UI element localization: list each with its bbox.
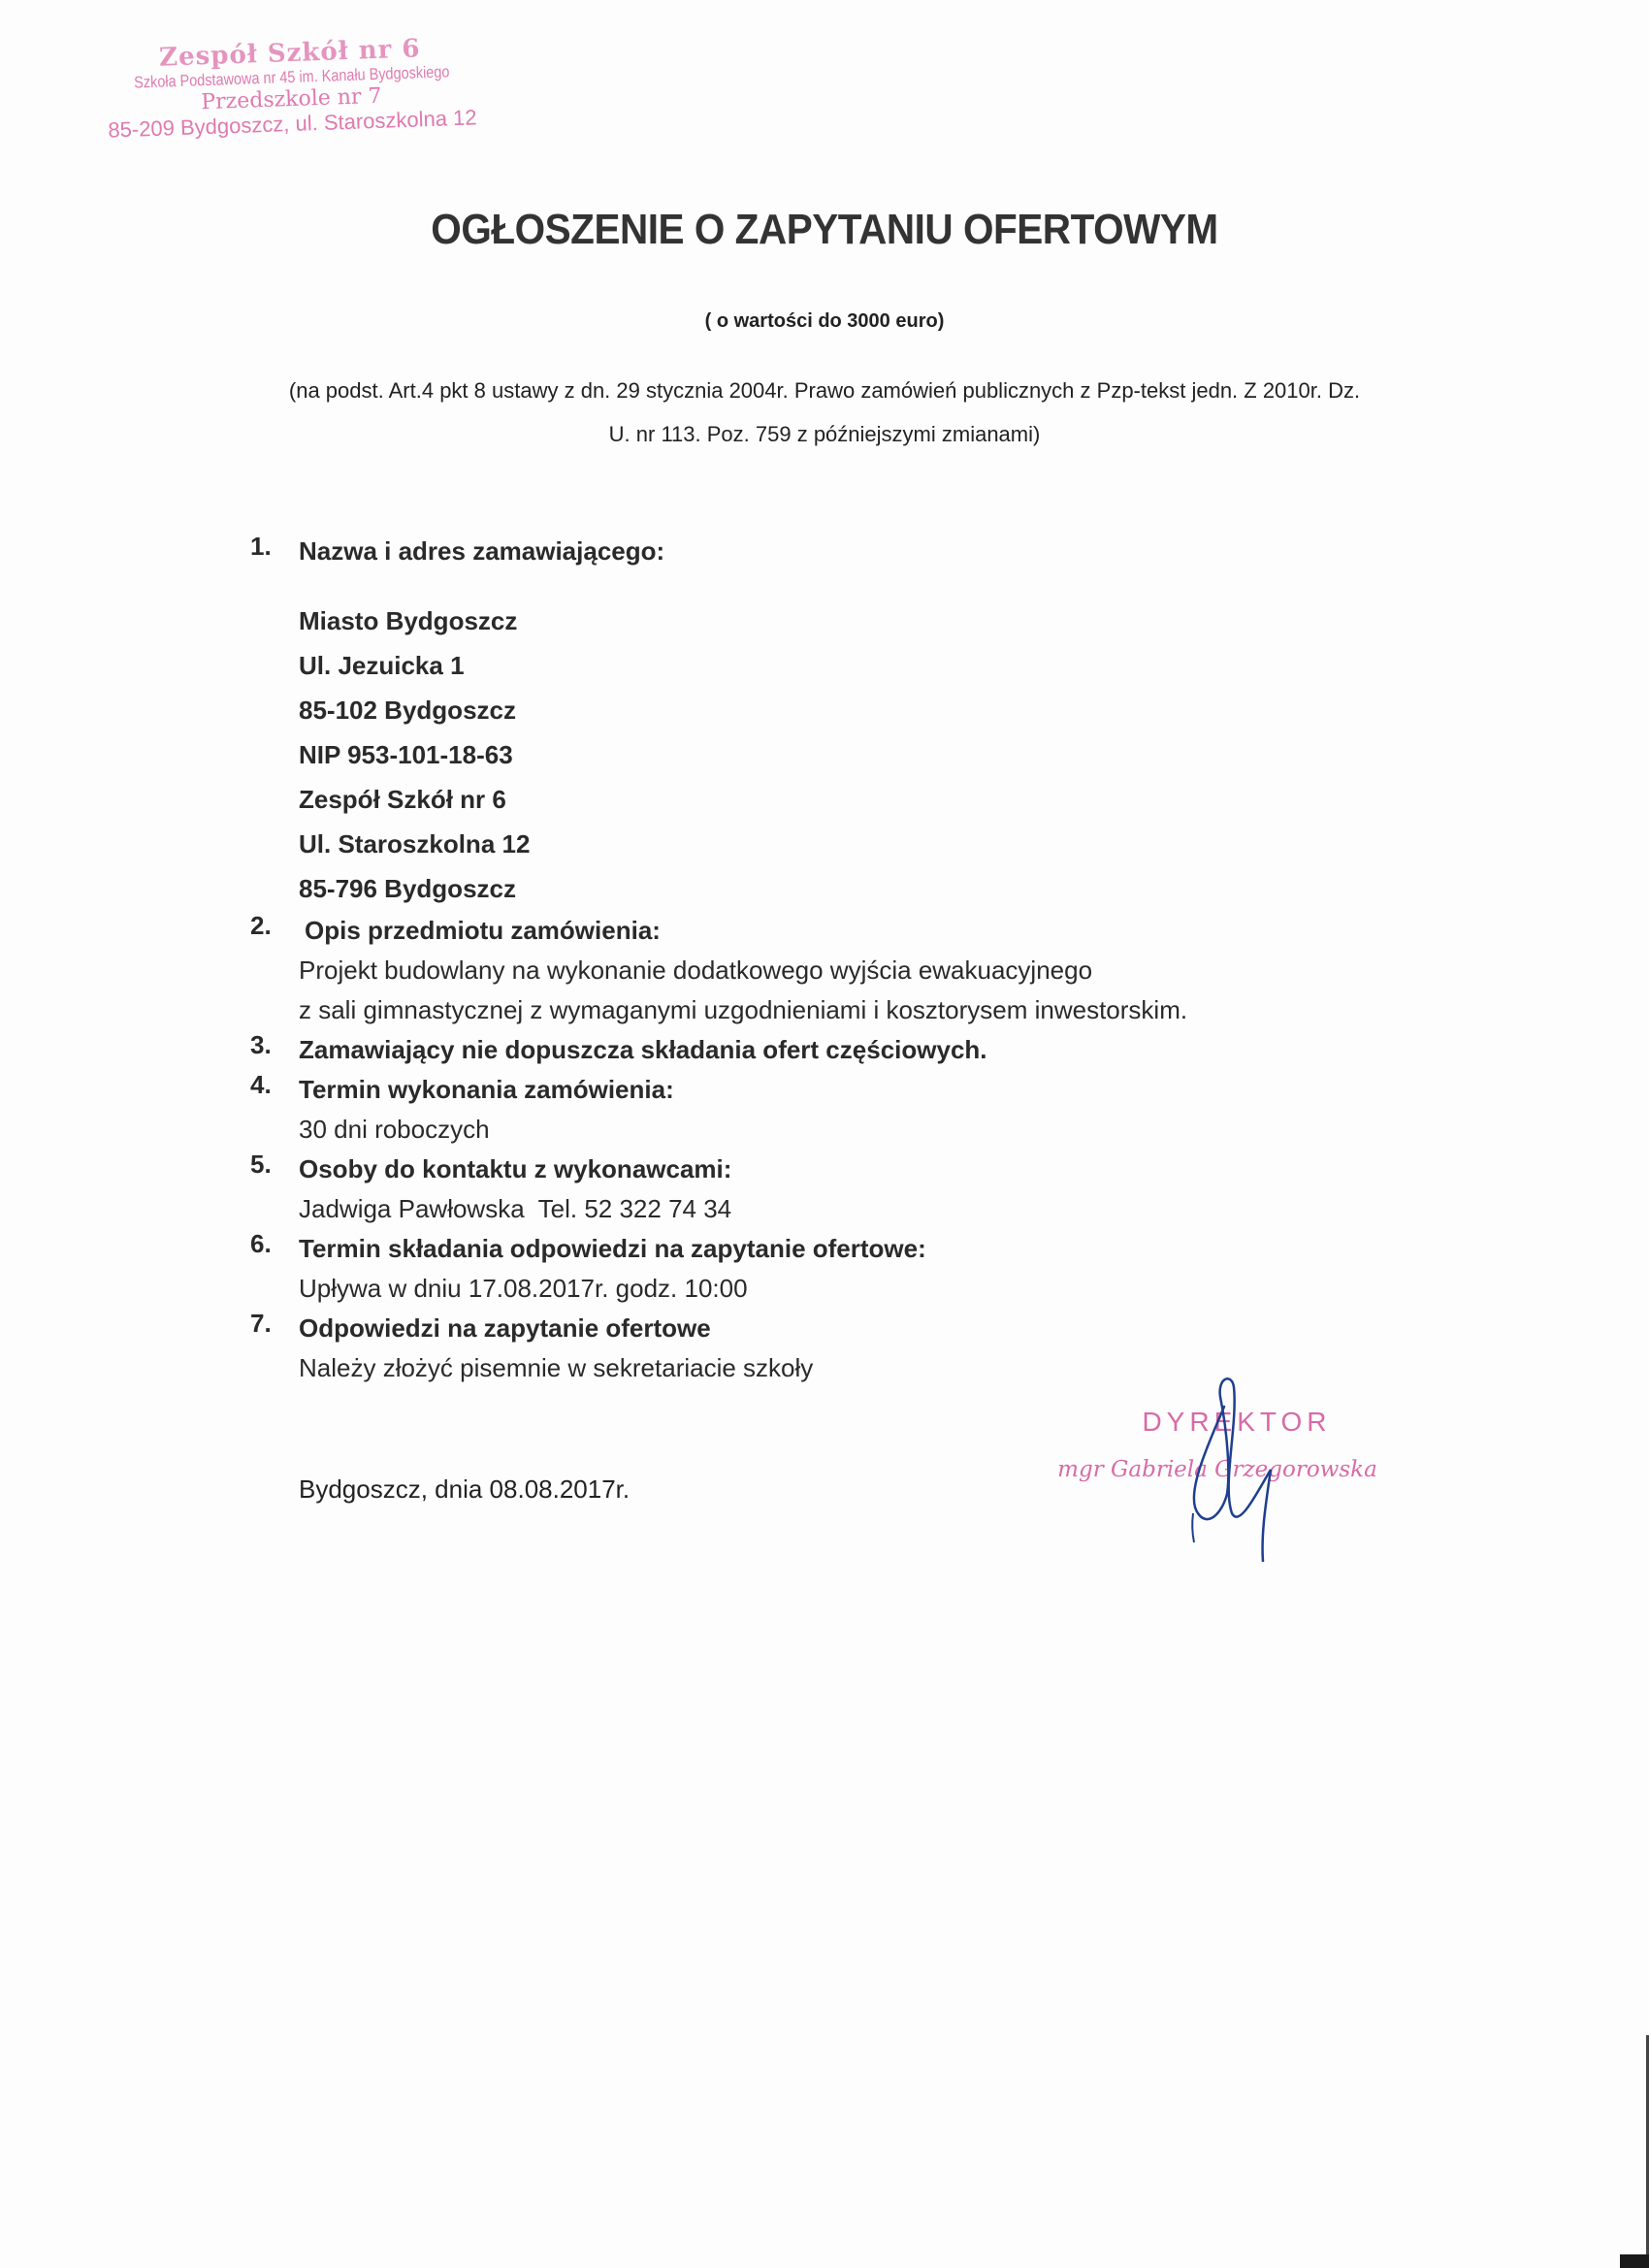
- section-5: 5. Osoby do kontaktu z wykonawcami: Jadw…: [250, 1150, 1414, 1229]
- handwritten-signature-icon: [1164, 1368, 1300, 1562]
- section-4: 4. Termin wykonania zamówienia: 30 dni r…: [250, 1070, 1414, 1150]
- section-heading: Opis przedmiotu zamówienia:: [299, 911, 1414, 951]
- legal-basis: (na podst. Art.4 pkt 8 ustawy z dn. 29 s…: [194, 369, 1455, 456]
- section-heading: Zamawiający nie dopuszcza składania ofer…: [299, 1030, 1414, 1070]
- section-text: Projekt budowlany na wykonanie dodatkowe…: [299, 951, 1414, 990]
- section-heading: Nazwa i adres zamawiającego:: [299, 532, 1414, 571]
- section-number: 6.: [250, 1229, 272, 1259]
- scan-corner: [1620, 2254, 1649, 2268]
- section-6: 6. Termin składania odpowiedzi na zapyta…: [250, 1229, 1414, 1309]
- address-line: Miasto Bydgoszcz: [299, 599, 1414, 643]
- section-number: 3.: [250, 1030, 272, 1060]
- school-stamp: Zespół Szkół nr 6 Szkoła Podstawowa nr 4…: [105, 32, 476, 143]
- address-line: Ul. Jezuicka 1: [299, 643, 1414, 688]
- section-2: 2. Opis przedmiotu zamówienia: Projekt b…: [250, 911, 1414, 1030]
- section-heading: Termin wykonania zamówienia:: [299, 1070, 1414, 1110]
- place-and-date: Bydgoszcz, dnia 08.08.2017r.: [299, 1474, 630, 1505]
- section-text: Upływa w dniu 17.08.2017r. godz. 10:00: [299, 1269, 1414, 1309]
- section-heading: Termin składania odpowiedzi na zapytanie…: [299, 1229, 1414, 1269]
- address-line: NIP 953-101-18-63: [299, 732, 1414, 777]
- section-3: 3. Zamawiający nie dopuszcza składania o…: [250, 1030, 1414, 1070]
- section-text: Jadwiga Pawłowska Tel. 52 322 74 34: [299, 1189, 1414, 1229]
- address-line: Ul. Staroszkolna 12: [299, 822, 1414, 866]
- page-title: OGŁOSZENIE O ZAPYTANIU OFERTOWYM: [66, 206, 1583, 254]
- legal-basis-line-2: U. nr 113. Poz. 759 z późniejszymi zmian…: [194, 412, 1455, 456]
- address-line: 85-796 Bydgoszcz: [299, 866, 1414, 911]
- section-number: 1.: [250, 532, 272, 562]
- legal-basis-line-1: (na podst. Art.4 pkt 8 ustawy z dn. 29 s…: [194, 369, 1455, 412]
- section-number: 7.: [250, 1309, 272, 1339]
- section-number: 2.: [250, 911, 272, 941]
- section-number: 5.: [250, 1150, 272, 1180]
- address-line: 85-102 Bydgoszcz: [299, 688, 1414, 732]
- section-number: 4.: [250, 1070, 272, 1100]
- section-text: z sali gimnastycznej z wymaganymi uzgodn…: [299, 990, 1414, 1030]
- address-line: Zespół Szkół nr 6: [299, 777, 1414, 822]
- subtitle: ( o wartości do 3000 euro): [0, 310, 1649, 333]
- sections-list: 1. Nazwa i adres zamawiającego: Miasto B…: [250, 532, 1414, 1388]
- section-1: 1. Nazwa i adres zamawiającego: Miasto B…: [250, 532, 1414, 911]
- orderer-address: Miasto Bydgoszcz Ul. Jezuicka 1 85-102 B…: [299, 599, 1414, 911]
- section-heading: Osoby do kontaktu z wykonawcami:: [299, 1150, 1414, 1189]
- section-heading: Odpowiedzi na zapytanie ofertowe: [299, 1309, 1414, 1348]
- section-text: 30 dni roboczych: [299, 1110, 1414, 1150]
